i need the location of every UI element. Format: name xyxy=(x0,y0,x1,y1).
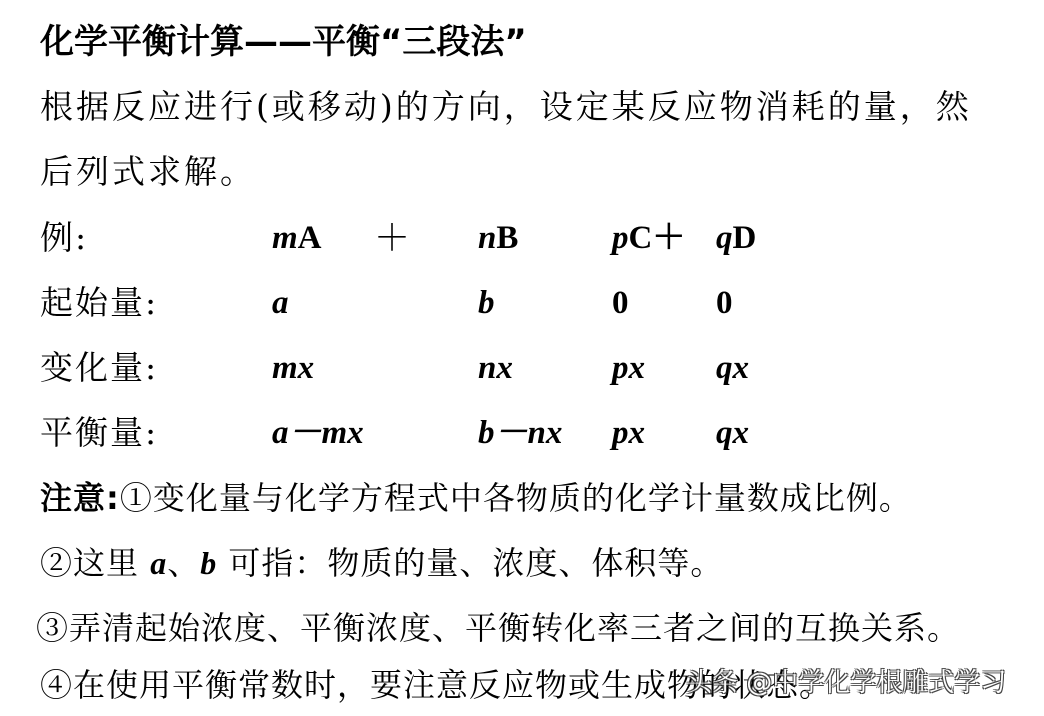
cell-b: b xyxy=(478,283,495,323)
example-label: 例: xyxy=(40,218,88,258)
note-2: ②这里 a、b 可指：物质的量、浓度、体积等。 xyxy=(40,543,723,583)
reactant-a: mA xyxy=(272,218,322,258)
cell-c: 0 xyxy=(612,283,629,323)
product-c: pC＋ xyxy=(612,218,685,258)
row-label: 平衡量: xyxy=(40,413,158,453)
cell-a: a－mx xyxy=(272,413,364,453)
page-title: 化学平衡计算——平衡“三段法” xyxy=(40,22,527,62)
table-header-row: 例: mA ＋ nB pC＋ qD xyxy=(0,218,1044,258)
intro-line-2: 后列式求解。 xyxy=(40,152,256,192)
cell-a: mx xyxy=(272,348,314,388)
note-3: ③弄清起始浓度、平衡浓度、平衡转化率三者之间的互换关系。 xyxy=(36,608,960,648)
table-row: 平衡量: a－mx b－nx px qx xyxy=(0,413,1044,453)
cell-d: 0 xyxy=(716,283,733,323)
cell-b: b－nx xyxy=(478,413,562,453)
cell-d: qx xyxy=(716,348,749,388)
plus-sign: ＋ xyxy=(374,218,410,258)
row-label: 起始量: xyxy=(40,283,158,323)
table-row: 变化量: mx nx px qx xyxy=(0,348,1044,388)
intro-line-1: 根据反应进行(或移动)的方向，设定某反应物消耗的量，然 xyxy=(40,87,972,127)
note-1: 注意:①变化量与化学方程式中各物质的化学计量数成比例。 xyxy=(40,478,912,518)
cell-a: a xyxy=(272,283,289,323)
cell-d: qx xyxy=(716,413,749,453)
row-label: 变化量: xyxy=(40,348,158,388)
watermark: 头条 @中学化学根雕式学习 xyxy=(686,666,1006,700)
table-row: 起始量: a b 0 0 xyxy=(0,283,1044,323)
reactant-b: nB xyxy=(478,218,518,258)
note-heading: 注意: xyxy=(40,479,120,517)
product-d: qD xyxy=(716,218,756,258)
cell-b: nx xyxy=(478,348,513,388)
cell-c: px xyxy=(612,348,645,388)
cell-c: px xyxy=(612,413,645,453)
